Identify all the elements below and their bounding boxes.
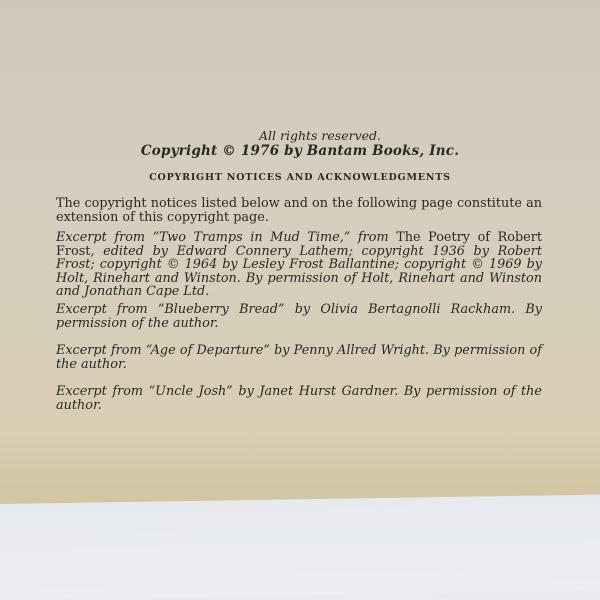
acknowledgment-uncle-josh: Excerpt from “Uncle Josh” by Janet Hurst… [56, 385, 542, 412]
section-heading: COPYRIGHT NOTICES AND ACKNOWLEDGMENTS [0, 172, 600, 183]
intro-paragraph: The copyright notices listed below and o… [56, 197, 542, 224]
acknowledgment-blueberry-bread: Excerpt from “Blueberry Bread” by Olivia… [56, 303, 542, 330]
acknowledgment-frost: Excerpt from “Two Tramps in Mud Time,” f… [56, 231, 542, 299]
rights-reserved: All rights reserved. [20, 128, 600, 143]
ack-rest: , edited by Edward Connery Lathem; copyr… [56, 244, 542, 300]
acknowledgment-age-of-departure: Excerpt from “Age of Departure” by Penny… [56, 344, 542, 371]
page-edge-background [0, 495, 600, 600]
copyright-line: Copyright © 1976 by Bantam Books, Inc. [0, 143, 600, 159]
